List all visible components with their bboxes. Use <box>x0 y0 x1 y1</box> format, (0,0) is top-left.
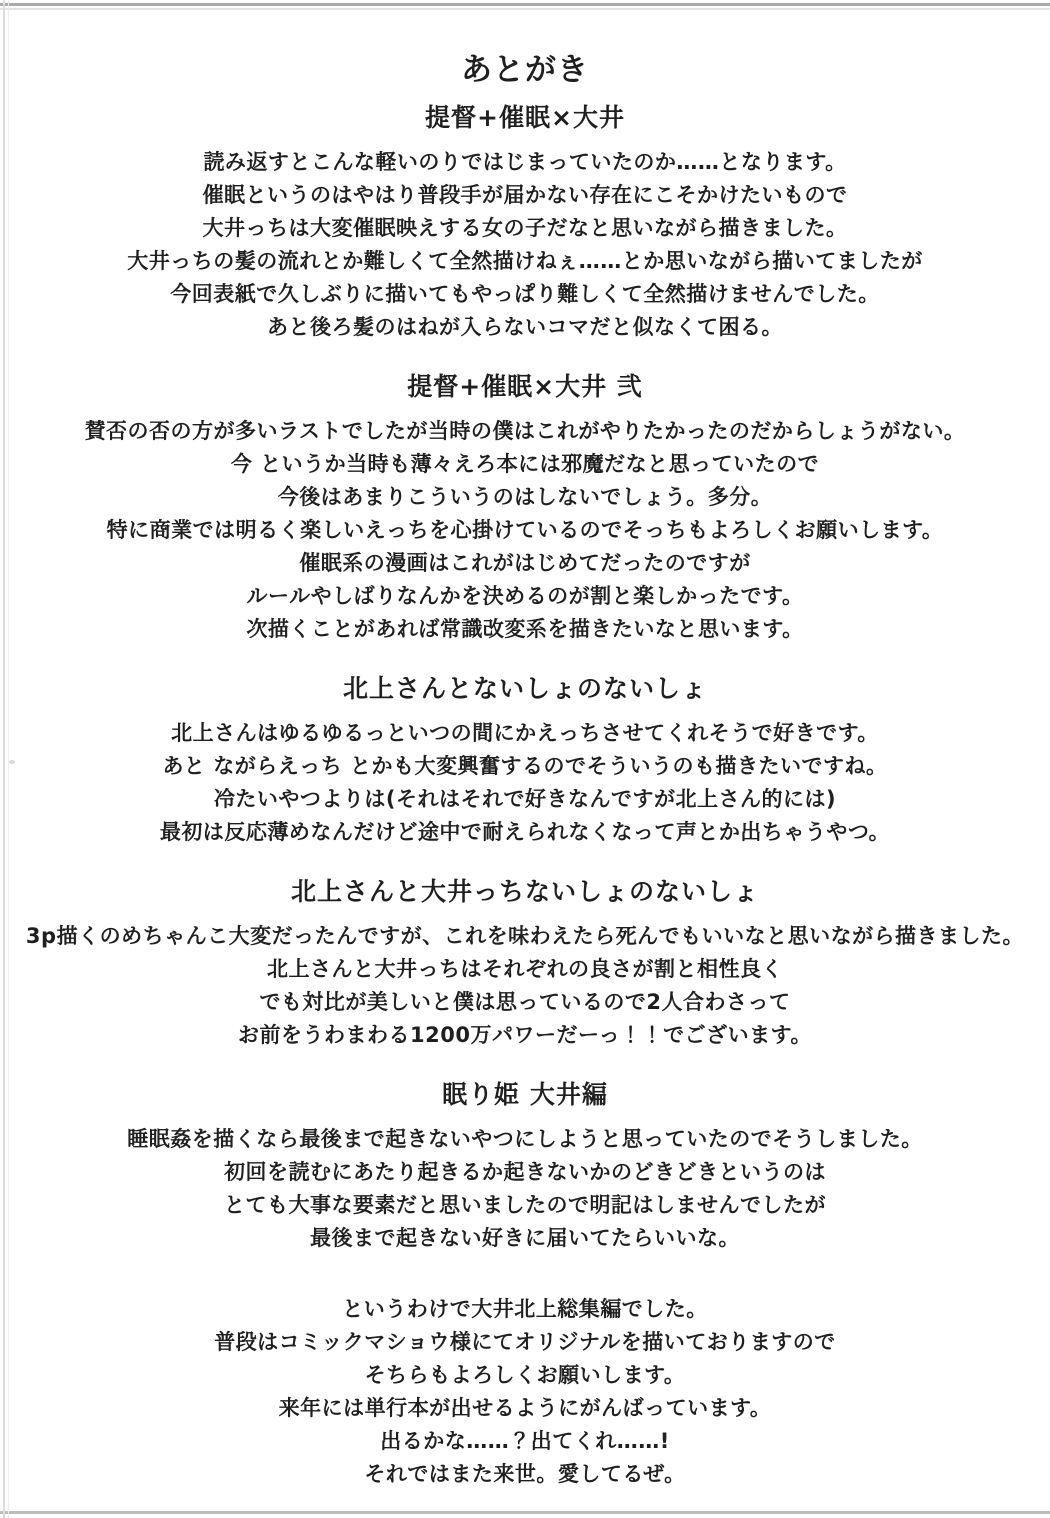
section-teitoku-saimin-oi-ni: 提督+催眠×大井 弐 賛否の否の方が多いラストでしたが当時の僕はこれがやりたかっ… <box>0 372 1050 646</box>
text-line: 賛否の否の方が多いラストでしたが当時の僕はこれがやりたかったのだからしょうがない… <box>0 415 1050 448</box>
scan-speck <box>9 760 15 764</box>
heading-nemurihime-oi: 眠り姫 大井編 <box>0 1080 1050 1110</box>
scan-edge-top-faint <box>0 8 1050 10</box>
page-title: あとがき <box>0 52 1050 88</box>
section-teitoku-saimin-oi: 提督+催眠×大井 読み返すとこんな軽いのりではじまっていたのか……となります。 … <box>0 103 1050 344</box>
text-line: 最後まで起きない好きに届いてたらいいな。 <box>0 1222 1050 1255</box>
text-line: あと ながらえっち とかも大変興奮するのでそういうのも描きたいですね。 <box>0 750 1050 783</box>
text-line: 北上さんと大井っちはそれぞれの良さが割と相性良く <box>0 953 1050 986</box>
heading-kitakami-naisho: 北上さんとないしょのないしょ <box>0 674 1050 704</box>
text-line: 今 というか当時も薄々えろ本には邪魔だなと思っていたので <box>0 448 1050 481</box>
text-line: 北上さんはゆるゆるっといつの間にかえっちさせてくれそうで好きです。 <box>0 717 1050 750</box>
scan-edge-bottom <box>0 1511 1050 1514</box>
text-line: それではまた来世。愛してるぜ。 <box>0 1458 1050 1491</box>
text-line: 読み返すとこんな軽いのりではじまっていたのか……となります。 <box>0 146 1050 179</box>
text-line: 出るかな……？出てくれ……! <box>0 1425 1050 1458</box>
text-line: 3p描くのめちゃんこ大変だったんですが、これを味わえたら死んでもいいなと思いなが… <box>0 920 1050 953</box>
text-line: 来年には単行本が出せるようにがんばっています。 <box>0 1392 1050 1425</box>
text-line: 大井っちは大変催眠映えする女の子だなと思いながら描きました。 <box>0 212 1050 245</box>
section-kitakami-naisho: 北上さんとないしょのないしょ 北上さんはゆるゆるっといつの間にかえっちさせてくれ… <box>0 674 1050 849</box>
text-line: でも対比が美しいと僕は思っているので2人合わさって <box>0 986 1050 1019</box>
text-line: あと後ろ髪のはねが入らないコマだと似なくて困る。 <box>0 311 1050 344</box>
text-line: 今回表紙で久しぶりに描いてもやっぱり難しくて全然描けませんでした。 <box>0 278 1050 311</box>
scan-edge-left-faint <box>8 0 9 1518</box>
text-line: 冷たいやつよりは(それはそれで好きなんですが北上さん的には) <box>0 783 1050 816</box>
text-line: 特に商業では明るく楽しいえっちを心掛けているのでそっちもよろしくお願いします。 <box>0 514 1050 547</box>
heading-teitoku-saimin-oi: 提督+催眠×大井 <box>0 103 1050 133</box>
text-line: お前をうわまわる1200万パワーだーっ！！でございます。 <box>0 1019 1050 1052</box>
text-line: 催眠系の漫画はこれがはじめてだったのですが <box>0 547 1050 580</box>
afterword-page: あとがき 提督+催眠×大井 読み返すとこんな軽いのりではじまっていたのか……とな… <box>0 0 1050 1518</box>
section-closing: というわけで大井北上総集編でした。 普段はコミックマショウ様にてオリジナルを描い… <box>0 1293 1050 1491</box>
text-line: ルールやしばりなんかを決めるのが割と楽しかったです。 <box>0 580 1050 613</box>
text-line: というわけで大井北上総集編でした。 <box>0 1293 1050 1326</box>
text-line: 今後はあまりこういうのはしないでしょう。多分。 <box>0 481 1050 514</box>
text-line: 大井っちの髪の流れとか難しくて全然描けねぇ……とか思いながら描いてましたが <box>0 245 1050 278</box>
text-line: 睡眠姦を描くなら最後まで起きないやつにしようと思っていたのでそうしました。 <box>0 1123 1050 1156</box>
section-kitakami-oicchi-naisho: 北上さんと大井っちないしょのないしょ 3p描くのめちゃんこ大変だったんですが、こ… <box>0 877 1050 1052</box>
text-line: 次描くことがあれば常識改変系を描きたいなと思います。 <box>0 613 1050 646</box>
scan-edge-top <box>0 3 1050 6</box>
text-line: そちらもよろしくお願いします。 <box>0 1359 1050 1392</box>
heading-kitakami-oicchi-naisho: 北上さんと大井っちないしょのないしょ <box>0 877 1050 907</box>
scan-edge-left <box>3 0 5 1518</box>
text-line: 最初は反応薄めなんだけど途中で耐えられなくなって声とか出ちゃうやつ。 <box>0 816 1050 849</box>
section-nemurihime-oi: 眠り姫 大井編 睡眠姦を描くなら最後まで起きないやつにしようと思っていたのでそう… <box>0 1080 1050 1255</box>
text-line: 普段はコミックマショウ様にてオリジナルを描いておりますので <box>0 1326 1050 1359</box>
text-line: 初回を読むにあたり起きるか起きないかのどきどきというのは <box>0 1156 1050 1189</box>
text-line: 催眠というのはやはり普段手が届かない存在にこそかけたいもので <box>0 179 1050 212</box>
heading-teitoku-saimin-oi-ni: 提督+催眠×大井 弐 <box>0 372 1050 402</box>
text-line: とても大事な要素だと思いましたので明記はしませんでしたが <box>0 1189 1050 1222</box>
